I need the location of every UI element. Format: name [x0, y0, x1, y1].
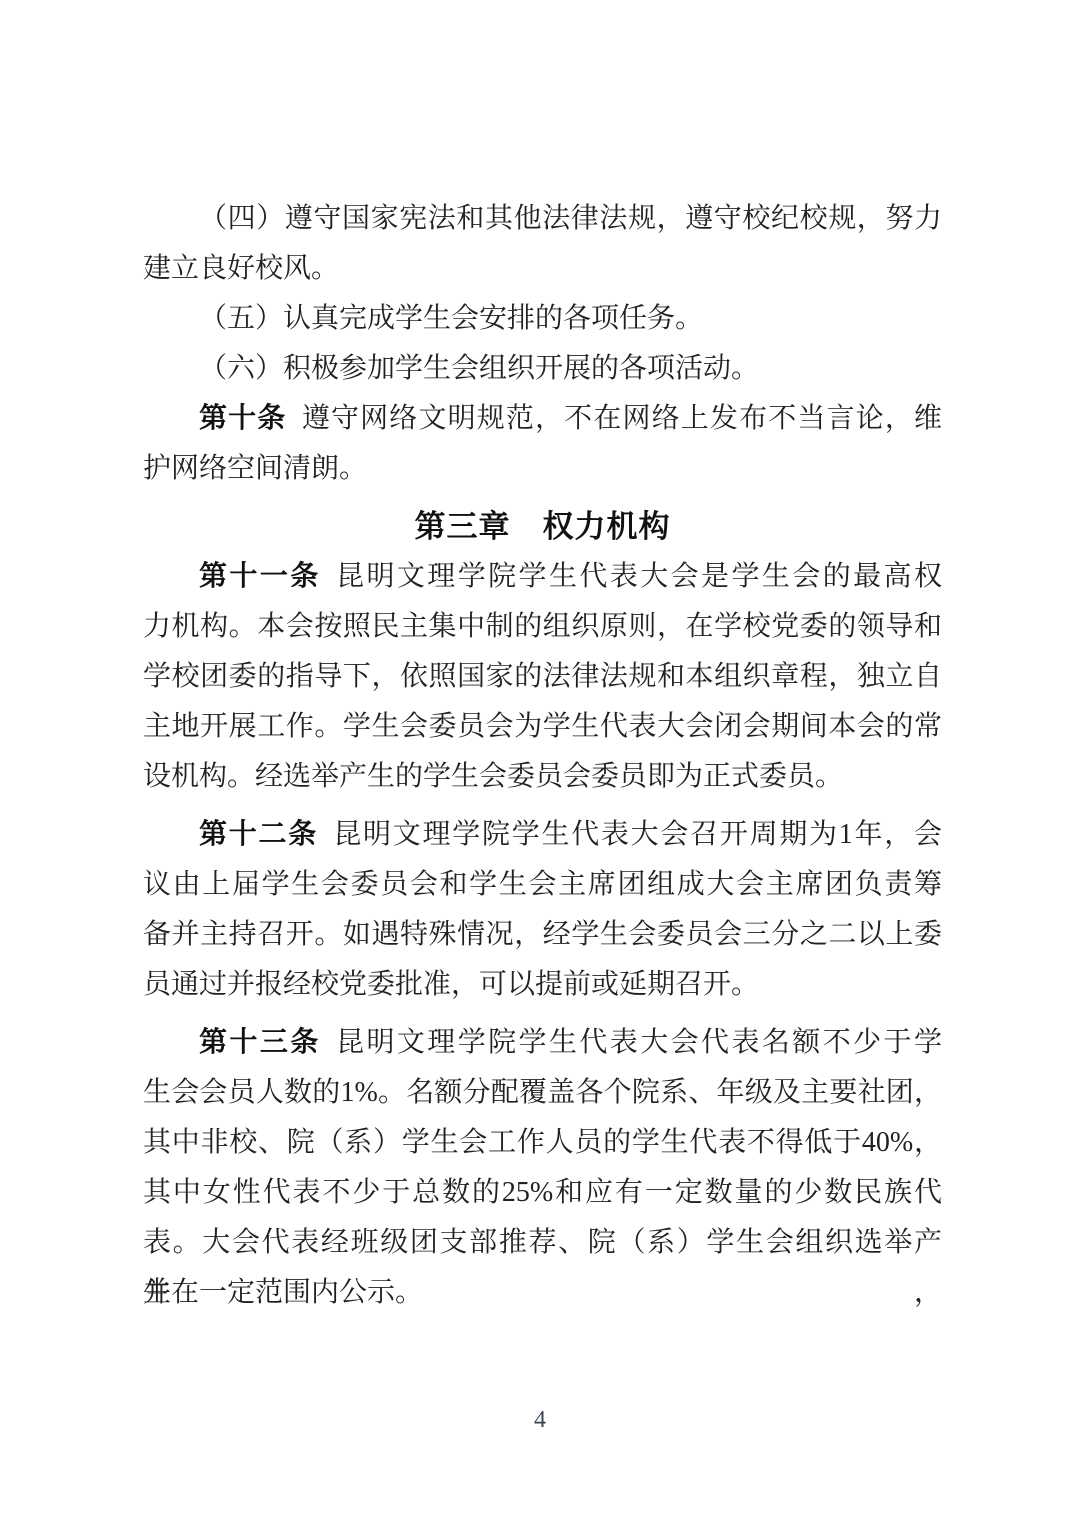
article-text: 昆明文理学院学生代表大会代表名额不少于学	[336, 1027, 942, 1058]
paragraph-line: （四）遵守国家宪法和其他法律法规，遵守校纪校规，努力	[143, 194, 942, 244]
article-13: 第十三条昆明文理学院学生代表大会代表名额不少于学 生会会员人数的1%。名额分配覆…	[143, 1018, 942, 1318]
paragraph-line: 护网络空间清朗。	[143, 444, 942, 494]
paragraph-line: 议由上届学生会委员会和学生会主席团组成大会主席团负责筹	[143, 860, 942, 910]
paragraph-line: 第十条遵守网络文明规范，不在网络上发布不当言论，维	[143, 394, 942, 444]
chapter-heading: 第三章 权力机构	[143, 502, 942, 552]
article-text: 遵守网络文明规范，不在网络上发布不当言论，维	[302, 403, 942, 434]
paragraph-line: 设机构。经选举产生的学生会委员会委员即为正式委员。	[143, 752, 942, 802]
paragraph-item-4: （四）遵守国家宪法和其他法律法规，遵守校纪校规，努力 建立良好校风。	[143, 194, 942, 294]
paragraph-line: 员通过并报经校党委批准，可以提前或延期召开。	[143, 960, 942, 1010]
paragraph-line: 第十一条昆明文理学院学生代表大会是学生会的最高权	[143, 552, 942, 602]
paragraph-line: 第十三条昆明文理学院学生代表大会代表名额不少于学	[143, 1018, 942, 1068]
paragraph-item-6: （六）积极参加学生会组织开展的各项活动。	[143, 344, 942, 394]
article-10: 第十条遵守网络文明规范，不在网络上发布不当言论，维 护网络空间清朗。	[143, 394, 942, 494]
paragraph-line: 备并主持召开。如遇特殊情况，经学生会委员会三分之二以上委	[143, 910, 942, 960]
article-12: 第十二条昆明文理学院学生代表大会召开周期为1年，会 议由上届学生会委员会和学生会…	[143, 810, 942, 1010]
paragraph-line: 学校团委的指导下，依照国家的法律法规和本组织章程，独立自	[143, 652, 942, 702]
paragraph-line: 其中非校、院（系）学生会工作人员的学生代表不得低于40%，	[143, 1118, 942, 1168]
article-11: 第十一条昆明文理学院学生代表大会是学生会的最高权 力机构。本会按照民主集中制的组…	[143, 552, 942, 802]
paragraph-line: 建立良好校风。	[143, 244, 942, 294]
paragraph-line: 生会会员人数的1%。名额分配覆盖各个院系、年级及主要社团，	[143, 1068, 942, 1118]
paragraph-line: （五）认真完成学生会安排的各项任务。	[143, 294, 942, 344]
paragraph-line: 力机构。本会按照民主集中制的组织原则，在学校党委的领导和	[143, 602, 942, 652]
paragraph-line: 主地开展工作。学生会委员会为学生代表大会闭会期间本会的常	[143, 702, 942, 752]
article-label: 第十条	[199, 403, 286, 434]
paragraph-item-5: （五）认真完成学生会安排的各项任务。	[143, 294, 942, 344]
document-content: （四）遵守国家宪法和其他法律法规，遵守校纪校规，努力 建立良好校风。 （五）认真…	[143, 194, 942, 1318]
article-label: 第十三条	[199, 1027, 321, 1058]
document-page: （四）遵守国家宪法和其他法律法规，遵守校纪校规，努力 建立良好校风。 （五）认真…	[0, 0, 1080, 1527]
page-number: 4	[0, 1404, 1080, 1436]
paragraph-line: 其中女性代表不少于总数的25%和应有一定数量的少数民族代	[143, 1168, 942, 1218]
paragraph-line: （六）积极参加学生会组织开展的各项活动。	[143, 344, 942, 394]
article-label: 第十一条	[199, 561, 321, 592]
paragraph-line: 第十二条昆明文理学院学生代表大会召开周期为1年，会	[143, 810, 942, 860]
paragraph-line: 表。大会代表经班级团支部推荐、院（系）学生会组织选举产生，	[143, 1218, 942, 1268]
article-text: 昆明文理学院学生代表大会是学生会的最高权	[336, 561, 942, 592]
article-text: 昆明文理学院学生代表大会召开周期为1年，会	[333, 819, 942, 850]
article-label: 第十二条	[199, 819, 318, 850]
